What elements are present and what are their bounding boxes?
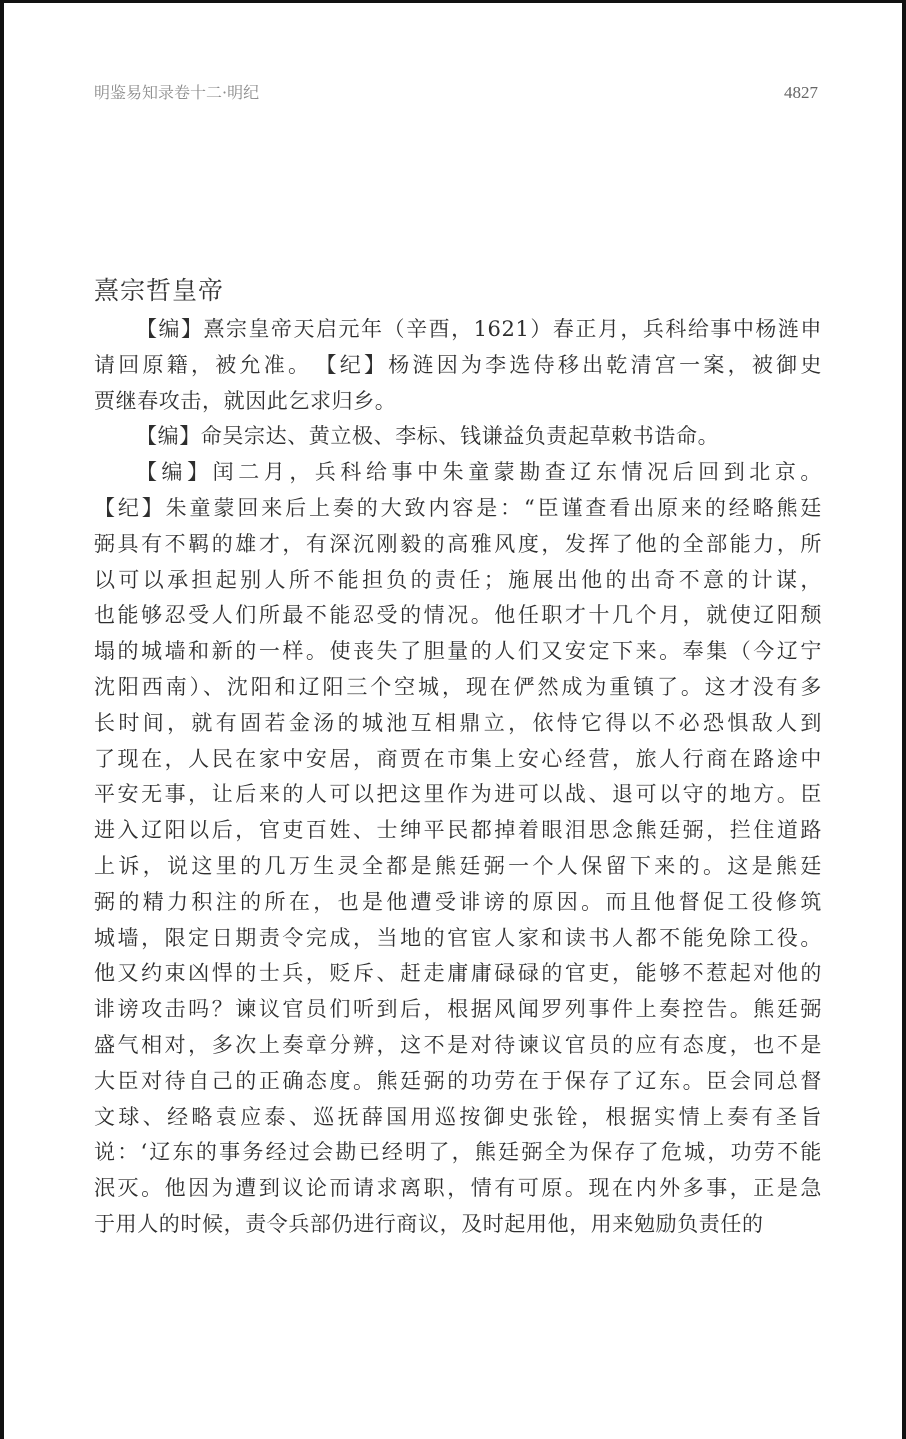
text-line: 了现在，人民在家中安居，商贾在市集上安心经营，旅人行商在路途中 [94, 742, 822, 778]
text-line: 诽谤攻击吗？谏议官员们听到后，根据风闻罗列事件上奏控告。熊廷弼 [94, 992, 822, 1028]
text-line: 【纪】朱童蒙回来后上奏的大致内容是：“臣谨查看出原来的经略熊廷 [94, 491, 822, 527]
text-line: 进入辽阳以后，官吏百姓、士绅平民都掉着眼泪思念熊廷弼，拦住道路 [94, 813, 822, 849]
text-line: 大臣对待自己的正确态度。熊廷弼的功劳在于保存了辽东。臣会同总督 [94, 1064, 822, 1100]
text-line: 他又约束凶悍的士兵，贬斥、赶走庸庸碌碌的官吏，能够不惹起对他的 [94, 956, 822, 992]
text-line: 塌的城墙和新的一样。使丧失了胆量的人们又安定下来。奉集（今辽宁 [94, 634, 822, 670]
text-line: 弼具有不羁的雄才，有深沉刚毅的高雅风度，发挥了他的全部能力，所 [94, 527, 822, 563]
section-title: 熹宗哲皇帝 [94, 271, 224, 307]
text-line: 城墙，限定日期责令完成，当地的官宦人家和读书人都不能免除工役。 [94, 921, 822, 957]
paragraph: 【编】闰二月，兵科给事中朱童蒙勘查辽东情况后回到北京。【纪】朱童蒙回来后上奏的大… [94, 455, 822, 1243]
body-text: 【编】熹宗皇帝天启元年（辛酉，1621）春正月，兵科给事中杨涟申请回原籍，被允准… [94, 312, 822, 1243]
text-line: 文球、经略袁应泰、巡抚薛国用巡按御史张铨，根据实情上奏有圣旨 [94, 1100, 822, 1136]
text-line: 于用人的时候，责令兵部仍进行商议，及时起用他，用来勉励负责任的 [94, 1207, 822, 1243]
text-line: 【编】熹宗皇帝天启元年（辛酉，1621）春正月，兵科给事中杨涟申 [94, 312, 822, 348]
text-line: 也能够忍受人们所最不能忍受的情况。他任职才十几个月，就使辽阳颓 [94, 598, 822, 634]
paragraph: 【编】熹宗皇帝天启元年（辛酉，1621）春正月，兵科给事中杨涟申请回原籍，被允准… [94, 312, 822, 419]
text-line: 沈阳西南）、沈阳和辽阳三个空城，现在俨然成为重镇了。这才没有多 [94, 670, 822, 706]
page-number: 4827 [784, 83, 818, 103]
text-line: 弼的精力积注的所在，也是他遭受诽谤的原因。而且他督促工役修筑 [94, 885, 822, 921]
book-page: 明鉴易知录卷十二·明纪 4827 熹宗哲皇帝 【编】熹宗皇帝天启元年（辛酉，16… [0, 0, 906, 1439]
running-title: 明鉴易知录卷十二·明纪 [94, 80, 259, 103]
text-line: 平安无事，让后来的人可以把这里作为进可以战、退可以守的地方。臣 [94, 777, 822, 813]
running-header: 明鉴易知录卷十二·明纪 4827 [94, 80, 818, 103]
text-line: 长时间，就有固若金汤的城池互相鼎立，依恃它得以不必恐惧敌人到 [94, 706, 822, 742]
text-line: 上诉，说这里的几万生灵全都是熊廷弼一个人保留下来的。这是熊廷 [94, 849, 822, 885]
text-line: 请回原籍，被允准。 【纪】杨涟因为李选侍移出乾清宫一案，被御史 [94, 348, 822, 384]
text-line: 【编】命吴宗达、黄立极、李标、钱谦益负责起草敕书诰命。 [94, 419, 822, 455]
paragraph: 【编】命吴宗达、黄立极、李标、钱谦益负责起草敕书诰命。 [94, 419, 822, 455]
text-line: 盛气相对，多次上奏章分辨，这不是对待谏议官员的应有态度，也不是 [94, 1028, 822, 1064]
text-line: 说：‘辽东的事务经过会勘已经明了，熊廷弼全为保存了危城，功劳不能 [94, 1135, 822, 1171]
text-line: 泯灭。他因为遭到议论而请求离职，情有可原。现在内外多事，正是急 [94, 1171, 822, 1207]
text-line: 贾继春攻击，就因此乞求归乡。 [94, 384, 822, 420]
text-line: 【编】闰二月，兵科给事中朱童蒙勘查辽东情况后回到北京。 [94, 455, 822, 491]
text-line: 以可以承担起别人所不能担负的责任；施展出他的出奇不意的计谋， [94, 563, 822, 599]
